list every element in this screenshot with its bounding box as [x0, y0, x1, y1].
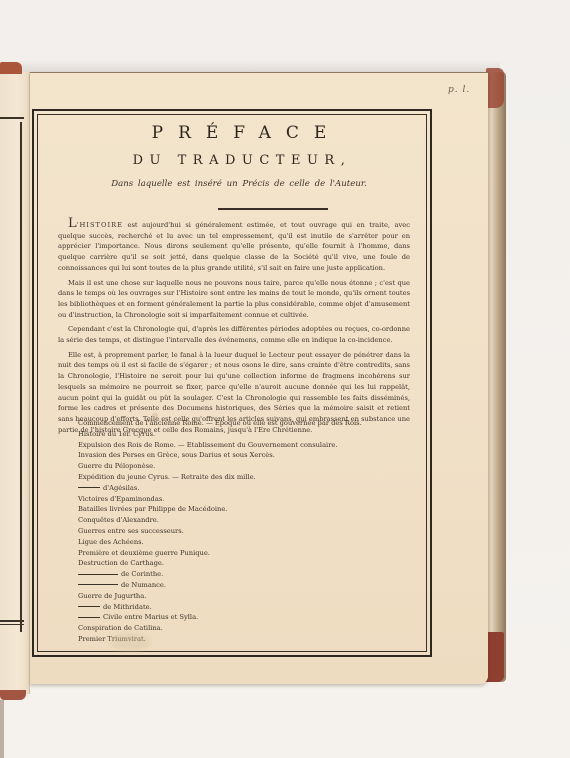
- list-item: Commencement de l'ancienne Rome. — Epoqu…: [78, 418, 398, 429]
- list-item-text: Guerres entre ses successeurs.: [78, 527, 184, 535]
- list-item: Batailles livrées par Philippe de Macédo…: [78, 504, 398, 515]
- list-item: Première et deuxième guerre Punique.: [78, 548, 398, 559]
- list-item: Guerre de Jugurtha.: [78, 591, 398, 602]
- binding-corner-bottom-left: [0, 690, 26, 700]
- list-item: Victoires d'Epaminondas.: [78, 494, 398, 505]
- list-item-text: Victoires d'Epaminondas.: [78, 495, 164, 503]
- list-item-text: Commencement de l'ancienne Rome. — Epoqu…: [78, 419, 362, 427]
- list-item-text: Histoire du 1er. Cyrus.: [78, 430, 155, 438]
- list-item-text: Ligue des Achéens.: [78, 538, 144, 546]
- list-item-text: Destruction de Carthage.: [78, 559, 164, 567]
- left-frame-rule-vertical: [20, 122, 22, 632]
- list-item: Conquêtes d'Alexandre.: [78, 515, 398, 526]
- page-tagline: Dans laquelle est inséré un Précis de ce…: [58, 179, 420, 189]
- ditto-dash: [78, 574, 118, 575]
- list-item: de Numance.: [78, 580, 398, 591]
- list-item-text: Conspiration de Catilina.: [78, 624, 163, 632]
- list-item-text: Expédition du jeune Cyrus. — Retraite de…: [78, 473, 256, 481]
- foxing-spot: [152, 413, 158, 418]
- list-item-text: Expulsion des Rois de Rome. — Etablissem…: [78, 441, 337, 449]
- list-item-text: Conquêtes d'Alexandre.: [78, 516, 159, 524]
- page-stain: [110, 633, 150, 651]
- events-list: Commencement de l'ancienne Rome. — Epoqu…: [78, 418, 398, 645]
- list-item: de Corinthe.: [78, 569, 398, 580]
- ditto-dash: [78, 617, 100, 618]
- list-item: Invasion des Perses en Grèce, sous Dariu…: [78, 450, 398, 461]
- list-item: Destruction de Carthage.: [78, 558, 398, 569]
- leather-corner-top-right: [486, 68, 504, 108]
- list-item-text: Première et deuxième guerre Punique.: [78, 549, 210, 557]
- list-item-text: Civile entre Marius et Sylla.: [103, 613, 198, 621]
- table-shadow: [0, 60, 500, 72]
- list-item: Histoire du 1er. Cyrus.: [78, 429, 398, 440]
- smallcaps-word: 'HISTOIRE: [77, 221, 123, 229]
- paragraph-2: Mais il est une chose sur laquelle nous …: [58, 278, 410, 321]
- list-item-text: Batailles livrées par Philippe de Macédo…: [78, 505, 227, 513]
- paragraph-1: L'HISTOIRE est aujourd'hui si généraleme…: [58, 219, 410, 274]
- ditto-dash: [78, 606, 100, 607]
- title-rule: [218, 208, 328, 210]
- list-item-text: de Corinthe.: [121, 570, 163, 578]
- folio-mark: p. l.: [448, 85, 470, 95]
- list-item-text: d'Agésilas.: [103, 484, 139, 492]
- list-item-text: de Numance.: [121, 581, 166, 589]
- left-frame-rule-bottom-thin: [0, 624, 24, 625]
- list-item-text: de Mithridate.: [103, 603, 152, 611]
- page-title: PRÉFACE: [58, 123, 420, 143]
- list-item-text: Invasion des Perses en Grèce, sous Dariu…: [78, 451, 275, 459]
- leather-corner-bottom-right: [486, 632, 504, 682]
- left-page-edge: [0, 72, 30, 694]
- list-item: Guerre du Péloponèse.: [78, 461, 398, 472]
- left-frame-rule-bottom: [0, 620, 24, 622]
- list-item: d'Agésilas.: [78, 483, 398, 494]
- list-item: Civile entre Marius et Sylla.: [78, 612, 398, 623]
- binding-strip: [0, 700, 4, 758]
- list-item-text: Guerre de Jugurtha.: [78, 592, 146, 600]
- binding-corner-top-left: [0, 62, 22, 74]
- ditto-dash: [78, 487, 100, 488]
- list-item-text: Guerre du Péloponèse.: [78, 462, 155, 470]
- drop-cap: L: [68, 216, 77, 231]
- page-subtitle: DU TRADUCTEUR,: [58, 153, 420, 168]
- list-item: de Mithridate.: [78, 602, 398, 613]
- paragraph-3: Cependant c'est la Chronologie qui, d'ap…: [58, 324, 410, 345]
- left-frame-rule-top: [0, 117, 24, 119]
- book-page: p. l. PRÉFACE DU TRADUCTEUR, Dans laquel…: [30, 72, 488, 684]
- ditto-dash: [78, 584, 118, 585]
- list-item: Expulsion des Rois de Rome. — Etablissem…: [78, 440, 398, 451]
- list-item: Ligue des Achéens.: [78, 537, 398, 548]
- list-item: Guerres entre ses successeurs.: [78, 526, 398, 537]
- list-item: Expédition du jeune Cyrus. — Retraite de…: [78, 472, 398, 483]
- preface-body: L'HISTOIRE est aujourd'hui si généraleme…: [58, 219, 410, 439]
